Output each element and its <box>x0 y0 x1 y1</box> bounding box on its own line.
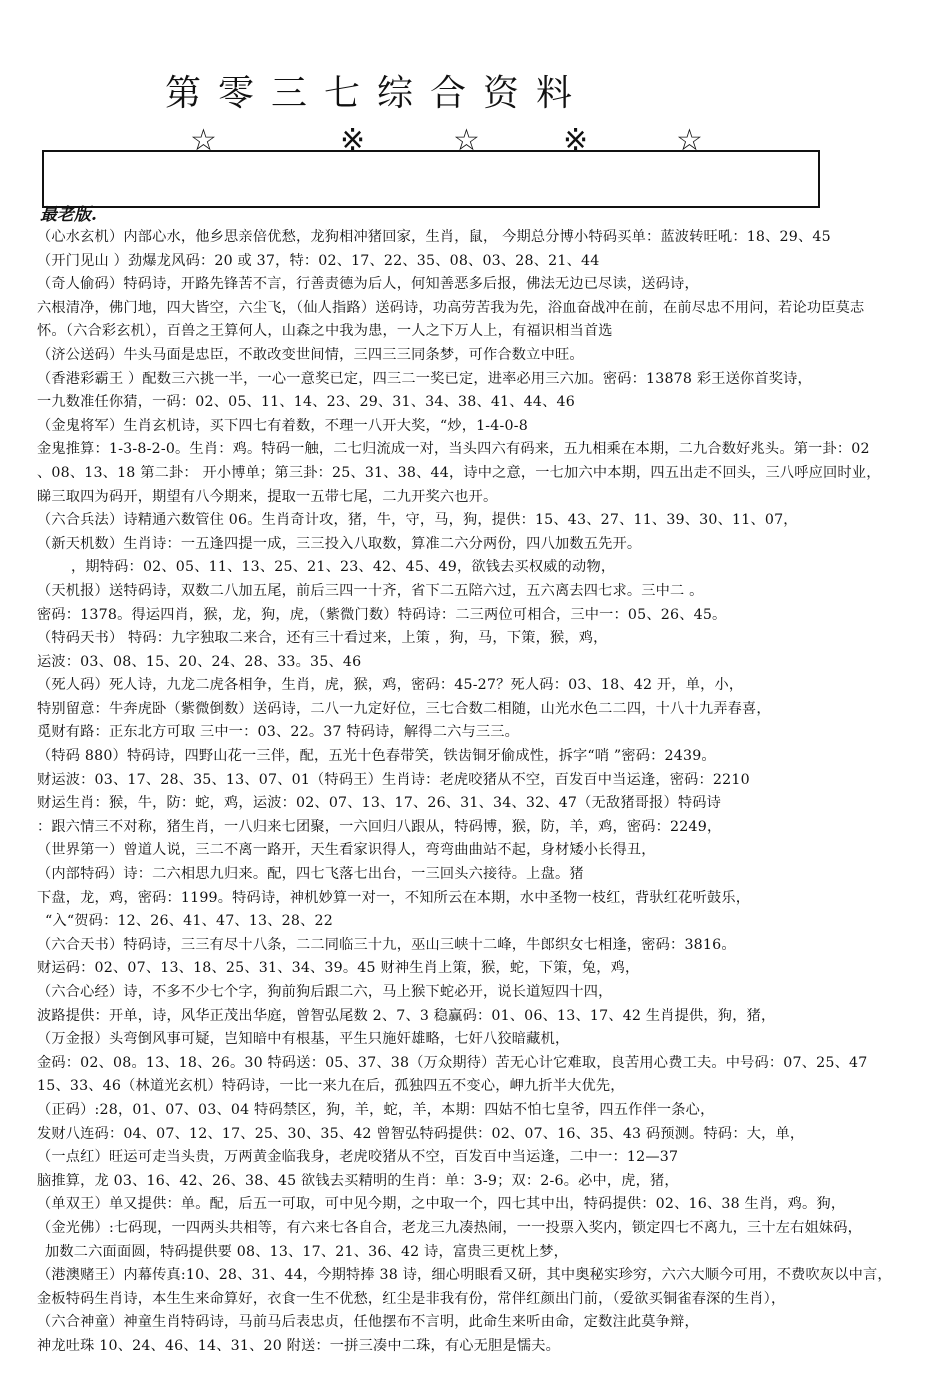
text-line: （内部特码）诗：二六相思九归来。配，四七飞落七出台，一三回头六接待。上盘。猪 <box>37 863 951 887</box>
text-line: （港澳赌王）内幕传真:10、28、31、44，今期特捧 38 诗，细心明眼看又研… <box>37 1264 951 1288</box>
text-line: 密码：1378。得运四肖，猴，龙，狗，虎，（紫微门数）特码诗：二三两位可相合，三… <box>37 604 951 628</box>
text-line: ：跟六情三不对称，猪生肖，一八归来七团聚，一六回归八跟从，特码博，猴，防，羊，鸡… <box>37 816 951 840</box>
text-line: 加数二六面面圆，特码提供要 08、13、17、21、36、42 诗，富贵三更枕上… <box>37 1241 951 1265</box>
text-line: （济公送码）牛头马面是忠臣，不敢改变世间情，三四三三同条梦，可作合数立中旺。 <box>37 344 951 368</box>
text-line: （心水玄机）内部心水，他乡思亲倍优愁，龙狗相冲猪回家，生肖，鼠， 今期总分博小特… <box>37 226 951 250</box>
text-line: 脑推算，龙 03、16、42、26、38、45 欲钱去买精明的生肖：单：3-9；… <box>37 1170 951 1194</box>
text-line: （一点红）旺运可走当头贵，万两黄金临我身，老虎咬猪从不空，百发百中当运逢，二中一… <box>37 1146 951 1170</box>
text-line: 一九数准任你猜，一码：02、05、11、14、23、29、31、34、38、41… <box>37 391 951 415</box>
blank-banner-box <box>42 150 820 208</box>
text-line: 神龙吐珠 10、24、46、14、31、20 附送：一拼三凑中二珠，有心无胆是懦… <box>37 1335 951 1359</box>
text-line: （天机报）送特码诗，双数二八加五尾，前后三四一十齐，省下二五陪六过，五六离去四七… <box>37 580 951 604</box>
text-line: （特码 880）特码诗，四野山花一三伴，配，五光十色春带笑，铁齿铜牙偷成性，拆字… <box>37 745 951 769</box>
text-line: （金光佛）:七码现，一四两头共相等，有六来七各自合，老龙三九凑热闹，一一投票入奖… <box>37 1217 951 1241</box>
text-line: 睇三取四为码开，期望有八今期来，提取一五带七尾，二九开奖六也开。 <box>37 486 951 510</box>
text-line: 金鬼推算：1-3-8-2-0。生肖：鸡。特码一触，二七归流成一对，当头四六有码来… <box>37 438 951 462</box>
text-line: 觅财有路：正东北方可取 三中一：03、22。37 特码诗，解得二六与三三。 <box>37 721 951 745</box>
text-line: （奇人偷码）特码诗，开路先锋苦不言，行善责德为后人，何知善恶多后报，佛法无边已尽… <box>37 273 951 297</box>
text-line: （新天机数）生肖诗：一五逢四提一成，三三投入八取数，算准二六分两份，四八加数五先… <box>37 533 951 557</box>
text-line: （金鬼将军）生肖玄机诗，买下四七有着数，不理一八开大奖，“炒，1-4-0-8 <box>37 415 951 439</box>
text-line: （正码）:28，01、07、03、04 特码禁区，狗，羊，蛇，羊，本期：四姑不怕… <box>37 1099 951 1123</box>
text-line: （特码天书） 特码：九字独取二来合，还有三十看过来，上策 ，狗，马，下策，猴，鸡… <box>37 627 951 651</box>
version-label: 最老版. <box>40 204 97 226</box>
text-line: （万金报）头弯倒风事可疑，岂知暗中有根基，平生只施奸雄略，七奸八狡暗藏机， <box>37 1028 951 1052</box>
text-line: ，期特码：02、05、11、13、25、21、23、42、45、49，欲钱去买权… <box>37 556 951 580</box>
document-body: （心水玄机）内部心水，他乡思亲倍优愁，龙狗相冲猪回家，生肖，鼠， 今期总分博小特… <box>37 226 951 1359</box>
text-line: （六合神童）神童生肖特码诗，马前马后表忠贞，任他摆布不言明，此命生来听由命，定数… <box>37 1311 951 1335</box>
text-line: （六合兵法）诗精通六数管住 06。生肖奇计攻，猪，牛，守，马，狗，提供：15、4… <box>37 509 951 533</box>
page-title: 第零三七综合资料 <box>165 70 589 118</box>
text-line: 金码：02、08。13、18、26。30 特码送：05、37、38（万众期待）苦… <box>37 1052 951 1076</box>
text-line: （香港彩霸王 ）配数三六挑一半，一心一意奖已定，四三二一奖已定，进率必用三六加。… <box>37 368 951 392</box>
text-line: （六合天书）特码诗，三三有尽十八条，二二同临三十九，巫山三峡十二峰，牛郎织女七相… <box>37 934 951 958</box>
text-line: （世界第一）曾道人说，三二不离一路开，天生看家识得人，弯弯曲曲站不起，身材矮小长… <box>37 839 951 863</box>
text-line: 财运码：02、07、13、18、25、31、34、39。45 财神生肖上策，猴，… <box>37 957 951 981</box>
text-line: 波路提供：开单，诗，风华正茂出华庭，曾智弘尾数 2、7、3 稳赢码：01、06、… <box>37 1005 951 1029</box>
text-line: 15、33、46（林道光玄机）特码诗，一比一来九在后，孤独四五不变心，岬九折半大… <box>37 1075 951 1099</box>
text-line: “入“贺码：12、26、41、47、13、28、22 <box>37 910 951 934</box>
text-line: 金板特码生肖诗，本生生来命算好，衣食一生不优愁，红尘是非我有份，常伴红颜出门前，… <box>37 1288 951 1312</box>
text-line: 运波：03、08、15、20、24、28、33。35、46 <box>37 651 951 675</box>
text-line: 、08、13、18 第二卦： 开小博单；第三卦：25、31、38、44，诗中之意… <box>37 462 951 486</box>
text-line: （六合心经）诗，不多不少七个字，狗前狗后跟二六，马上猴下蛇必开，说长道短四十四， <box>37 981 951 1005</box>
text-line: 六根清净，佛门地，四大皆空，六尘飞，（仙人指路）送码诗，功高劳苦我为先，浴血奋战… <box>37 297 951 321</box>
text-line: （单双王）单又提供：单。配，后五一可取，可中见今期，之中取一个，四七其中出，特码… <box>37 1193 951 1217</box>
text-line: 怀。（六合彩玄机），百兽之王算何人，山森之中我为患，一人之下万人上，有福识相当首… <box>37 320 951 344</box>
text-line: 财运波：03、17、28、35、13、07、01（特码王）生肖诗：老虎咬猪从不空… <box>37 769 951 793</box>
text-line: （死人码）死人诗，九龙二虎各相争，生肖，虎，猴，鸡，密码：45-27？死人码：0… <box>37 674 951 698</box>
text-line: 下盘，龙，鸡，密码：1199。特码诗，神机妙算一对一，不知所云在本期，水中圣物一… <box>37 887 951 911</box>
text-line: 发财八连码：04、07、12、17、25、30、35、42 曾智弘特码提供：02… <box>37 1123 951 1147</box>
text-line: 财运生肖：猴，牛，防：蛇，鸡，运波：02、07、13、17、26、31、34、3… <box>37 792 951 816</box>
text-line: 特别留意：牛奔虎卧（紫微倒数）送码诗，二八一九定好位，三七合数二相随，山光水色二… <box>37 698 951 722</box>
text-line: （开门见山 ）劲爆龙风码：20 或 37，特：02、17、22、35、08、03… <box>37 250 951 274</box>
